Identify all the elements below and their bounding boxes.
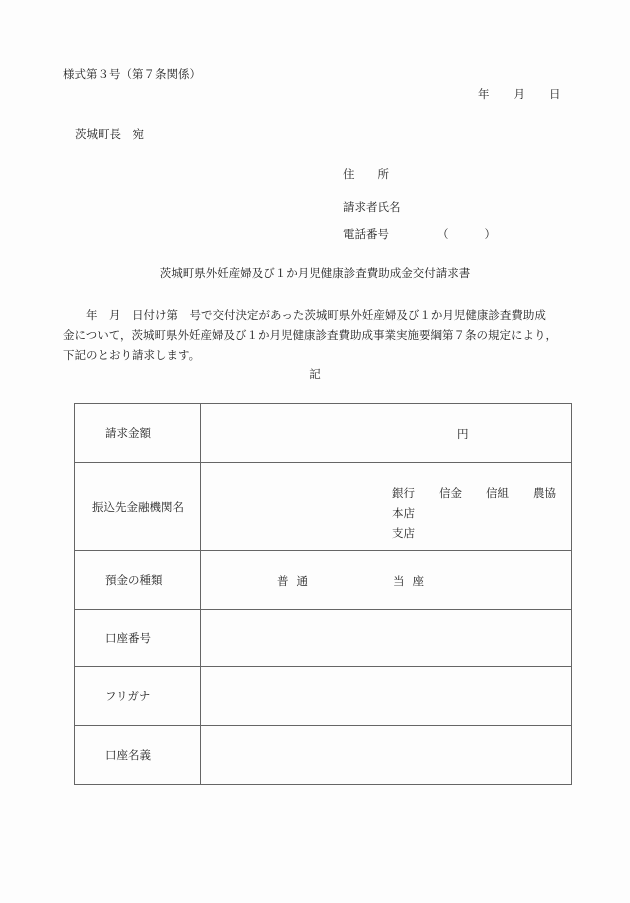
payment-details-table: 請求金額 円 振込先金融機関名 銀行信金信組農協 本店 支店 預金の種類 普通 … [74, 403, 572, 785]
table-row-bank: 振込先金融機関名 銀行信金信組農協 本店 支店 [75, 463, 572, 551]
applicant-phone-row: 電話番号（） [343, 226, 496, 242]
table-row-account-number: 口座番号 [75, 610, 572, 667]
head-office-label: 本店 [392, 505, 415, 521]
applicant-address-row: 住 所 [343, 166, 389, 182]
deposit-type-field[interactable]: 普通 当座 [201, 551, 572, 610]
account-holder-label: 口座名義 [75, 726, 201, 785]
addressee: 茨城町長 宛 [75, 126, 144, 142]
body-line-2: 金について，茨城町県外妊産婦及び１か月児健康診査費助成事業実施要綱第７条の規定に… [63, 325, 583, 345]
form-number: 様式第３号（第７条関係） [63, 66, 201, 82]
branch-label: 支店 [392, 525, 415, 541]
account-number-label: 口座番号 [75, 610, 201, 667]
applicant-name-row: 請求者氏名 [343, 199, 401, 215]
amount-label: 請求金額 [75, 404, 201, 463]
account-number-field[interactable] [201, 610, 572, 667]
date-year-label: 年 [478, 86, 490, 102]
date-line: 年月日 [478, 86, 561, 102]
deposit-option-current[interactable]: 当座 [393, 573, 432, 589]
account-holder-field[interactable] [201, 726, 572, 785]
ki-heading: 記 [0, 366, 630, 382]
applicant-name-label: 請求者氏名 [343, 199, 401, 215]
table-row-amount: 請求金額 円 [75, 404, 572, 463]
table-row-furigana: フリガナ [75, 667, 572, 726]
request-body-text: 年 月 日付け第 号で交付決定があった茨城町県外妊産婦及び１か月児健康診査費助成… [63, 305, 583, 365]
table-row-deposit-type: 預金の種類 普通 当座 [75, 551, 572, 610]
yen-unit: 円 [457, 426, 469, 442]
institution-type-shinkin: 信金 [439, 485, 462, 501]
institution-type-bank: 銀行 [392, 485, 415, 501]
phone-open-paren: （ [437, 226, 449, 242]
body-line-3: 下記のとおり請求します。 [63, 345, 583, 365]
deposit-option-ordinary[interactable]: 普通 [277, 573, 316, 589]
furigana-field[interactable] [201, 667, 572, 726]
address-label: 住 所 [343, 166, 389, 182]
date-day-label: 日 [549, 86, 561, 102]
institution-type-shinkumi: 信組 [486, 485, 509, 501]
institution-type-nokyo: 農協 [533, 485, 556, 501]
body-line-1: 年 月 日付け第 号で交付決定があった茨城町県外妊産婦及び１か月児健康診査費助成 [63, 305, 583, 325]
phone-close-paren: ） [485, 226, 497, 242]
date-month-label: 月 [514, 86, 526, 102]
document-title: 茨城町県外妊産婦及び１か月児健康診査費助成金交付請求書 [0, 265, 630, 281]
deposit-type-label: 預金の種類 [75, 551, 201, 610]
phone-label: 電話番号 [343, 226, 389, 242]
bank-label: 振込先金融機関名 [75, 463, 201, 551]
furigana-label: フリガナ [75, 667, 201, 726]
amount-field[interactable]: 円 [201, 404, 572, 463]
bank-field[interactable]: 銀行信金信組農協 本店 支店 [201, 463, 572, 551]
table-row-account-holder: 口座名義 [75, 726, 572, 785]
institution-types: 銀行信金信組農協 [392, 485, 556, 501]
